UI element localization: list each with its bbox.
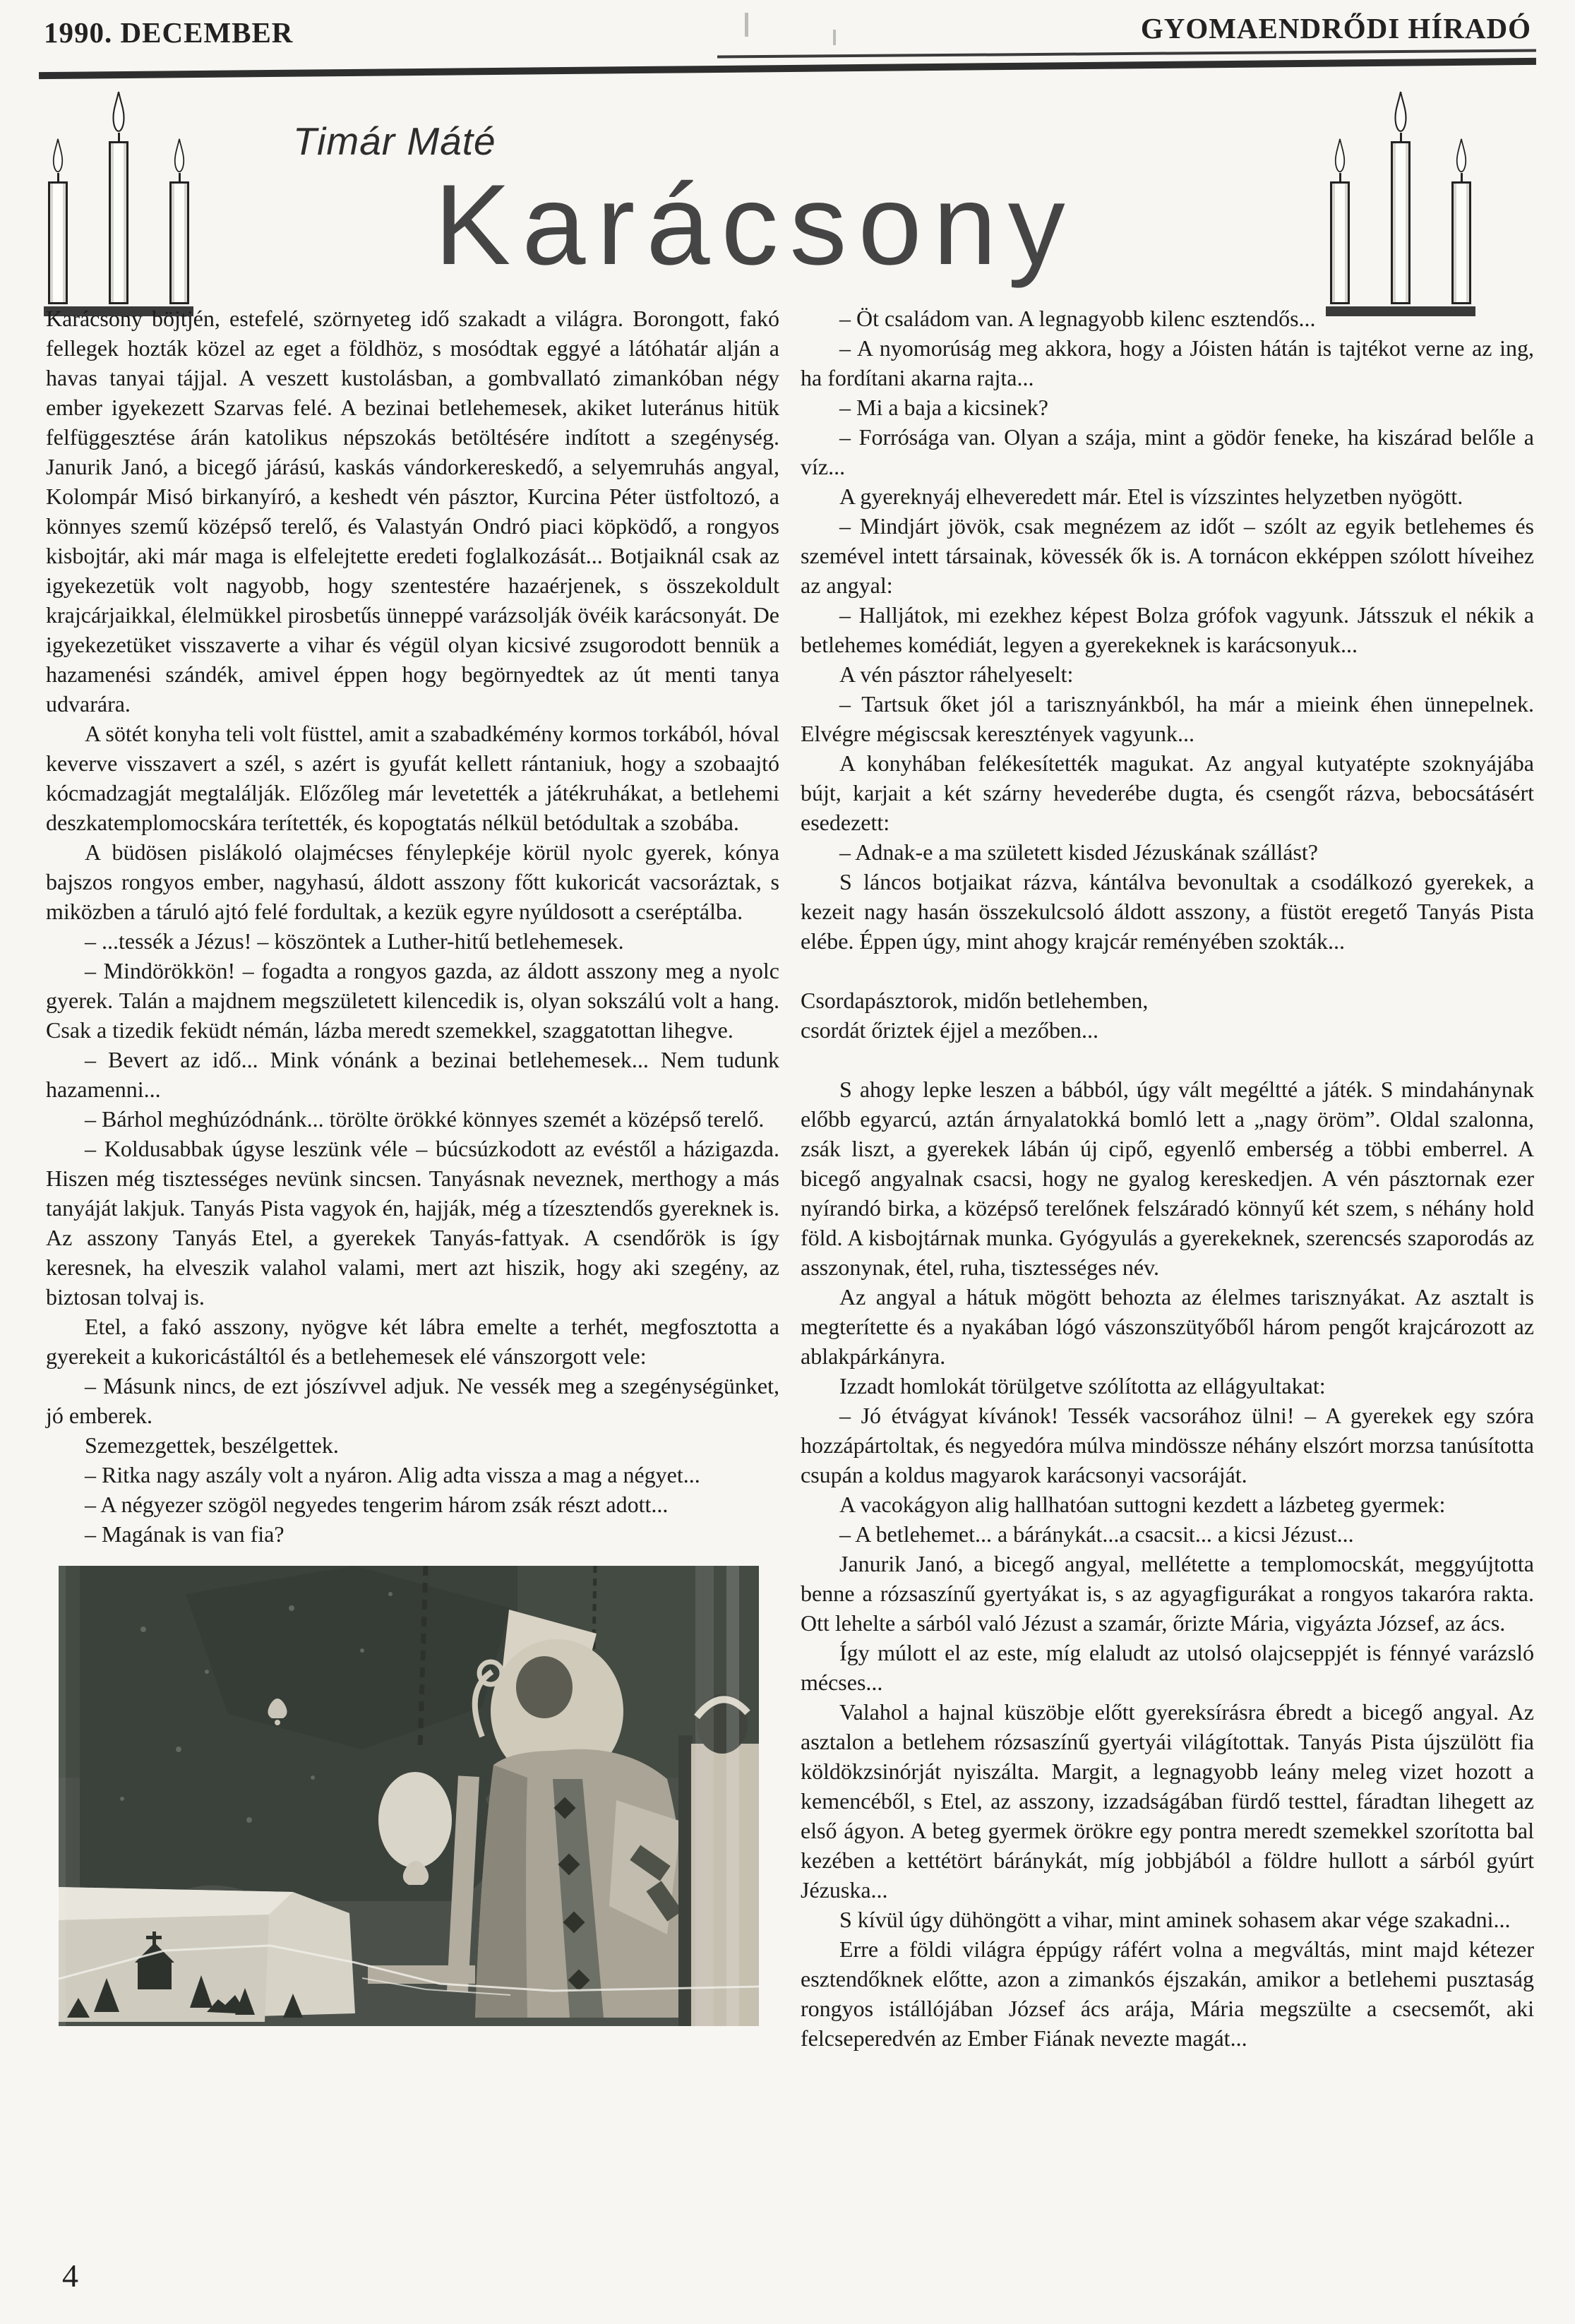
verse-lines: Csordapásztorok, midőn betlehemben, csor… xyxy=(801,986,1534,1045)
wick xyxy=(179,173,181,181)
paragraph: S kívül úgy dühöngött a vihar, mint amin… xyxy=(801,1905,1534,1934)
candle-row xyxy=(44,90,193,304)
header-masthead: GYOMAENDRŐDI HÍRADÓ xyxy=(1141,11,1531,45)
paragraph: Etel, a fakó asszony, nyögve két lábra e… xyxy=(46,1312,779,1371)
paragraph: – A betlehemet... a báránykát...a csacsi… xyxy=(801,1519,1534,1549)
paragraph: A konyhában felékesítették magukat. Az a… xyxy=(801,748,1534,837)
article-photo xyxy=(59,1566,759,2026)
paragraph: A sötét konyha teli volt füsttel, amit a… xyxy=(46,719,779,837)
paragraph: Valahol a hajnal küszöbje előtt gyereksí… xyxy=(801,1697,1534,1905)
page-number: 4 xyxy=(62,2257,78,2294)
candle-icon xyxy=(169,138,189,304)
flame-icon xyxy=(1393,90,1408,133)
paragraph: – Mindjárt jövök, csak megnézem az időt … xyxy=(801,511,1534,600)
scan-artifact xyxy=(745,13,748,37)
wick xyxy=(118,133,120,141)
paragraph: – Ritka nagy aszály volt a nyáron. Alig … xyxy=(46,1460,779,1490)
header-rule-thin xyxy=(717,49,1536,58)
wick xyxy=(1339,173,1341,181)
candle-body xyxy=(1391,141,1411,304)
scan-artifact xyxy=(833,30,836,45)
paragraph: – Adnak-e a ma született kisded Jézuskán… xyxy=(801,837,1534,867)
paragraph: Szemezgettek, beszélgettek. xyxy=(46,1430,779,1460)
paragraph: Erre a földi világra éppúgy ráfért volna… xyxy=(801,1934,1534,2053)
candle-icon xyxy=(48,138,68,304)
candle-row xyxy=(1326,90,1475,304)
candle-body xyxy=(1451,181,1471,304)
paragraph: – Mi a baja a kicsinek? xyxy=(801,393,1534,422)
flame-icon xyxy=(51,138,65,173)
paragraph: – ...tessék a Jézus! – köszöntek a Luthe… xyxy=(46,926,779,956)
christmas-photo-image xyxy=(59,1566,759,2026)
candle-icon xyxy=(1391,90,1411,304)
paragraph: Az angyal a hátuk mögött behozta az élel… xyxy=(801,1282,1534,1371)
paragraph: S láncos botjaikat rázva, kántálva bevon… xyxy=(801,867,1534,956)
paragraph: – A négyezer szögöl negyedes tengerim há… xyxy=(46,1490,779,1519)
candle-icon xyxy=(109,90,128,304)
wick xyxy=(57,173,59,181)
paragraph: A gyereknyáj elheveredett már. Etel is v… xyxy=(801,481,1534,511)
column-left-text: Karácsony böjtjén, estefelé, szörnyeteg … xyxy=(46,304,779,1549)
wick xyxy=(1400,133,1402,141)
newspaper-page: { "colors": { "paper": "#f7f6f2", "ink":… xyxy=(0,0,1575,2324)
paragraph: – Öt családom van. A legnagyobb kilenc e… xyxy=(801,304,1534,333)
paragraph: A vén pásztor ráhelyeselt: xyxy=(801,659,1534,689)
wick xyxy=(1461,173,1463,181)
advent-candles-left-icon xyxy=(44,90,193,316)
paragraph: Így múlott el az este, míg elaludt az ut… xyxy=(801,1638,1534,1697)
paragraph: Karácsony böjtjén, estefelé, szörnyeteg … xyxy=(46,304,779,719)
flame-icon xyxy=(111,90,126,133)
column-right: – Öt családom van. A legnagyobb kilenc e… xyxy=(801,304,1534,2053)
flame-icon xyxy=(1454,138,1468,173)
paragraph: – Bárhol meghúzódnánk... törölte örökké … xyxy=(46,1104,779,1134)
paragraph: Janurik Janó, a bicegő angyal, mellétett… xyxy=(801,1549,1534,1638)
paragraph: Izzadt homlokát törülgetve szólította az… xyxy=(801,1371,1534,1401)
column-left: Karácsony böjtjén, estefelé, szörnyeteg … xyxy=(46,304,779,2053)
paragraph: – Magának is van fia? xyxy=(46,1519,779,1549)
paragraph: – Koldusabbak úgyse leszünk véle – búcsú… xyxy=(46,1134,779,1312)
candle-icon xyxy=(1451,138,1471,304)
article-body: Karácsony böjtjén, estefelé, szörnyeteg … xyxy=(46,304,1534,2053)
paragraph: – Másunk nincs, de ezt jószívvel adjuk. … xyxy=(46,1371,779,1430)
paragraph: – Tartsuk őket jól a tarisznyánkból, ha … xyxy=(801,689,1534,748)
flame-icon xyxy=(1333,138,1347,173)
paragraph: – Bevert az idő... Mink vónánk a bezinai… xyxy=(46,1045,779,1104)
candle-body xyxy=(169,181,189,304)
article-title: Karácsony xyxy=(233,168,1278,282)
candle-icon xyxy=(1330,138,1350,304)
advent-candles-right-icon xyxy=(1326,90,1475,316)
paragraph: – Halljátok, mi ezekhez képest Bolza gró… xyxy=(801,600,1534,659)
paragraph: – Jó étvágyat kívánok! Tessék vacsorához… xyxy=(801,1401,1534,1490)
paragraph: S ahogy lepke leszen a bábból, úgy vált … xyxy=(801,1074,1534,1282)
header-date: 1990. DECEMBER xyxy=(44,16,293,49)
paragraph: – A nyomorúság meg akkora, hogy a Jóiste… xyxy=(801,333,1534,393)
paragraph: – Mindörökkön! – fogadta a rongyos gazda… xyxy=(46,956,779,1045)
column-right-text: – Öt családom van. A legnagyobb kilenc e… xyxy=(801,304,1534,2053)
candle-body xyxy=(1330,181,1350,304)
paragraph: – Forrósága van. Olyan a szája, mint a g… xyxy=(801,422,1534,481)
header-rule xyxy=(39,58,1536,79)
candle-body xyxy=(109,141,128,304)
paragraph: A vacokágyon alig hallhatóan suttogni ke… xyxy=(801,1490,1534,1519)
author-name: Timár Máté xyxy=(293,119,496,164)
paragraph: A büdösen pislákoló olajmécses fénylepké… xyxy=(46,837,779,926)
flame-icon xyxy=(172,138,186,173)
candle-body xyxy=(48,181,68,304)
